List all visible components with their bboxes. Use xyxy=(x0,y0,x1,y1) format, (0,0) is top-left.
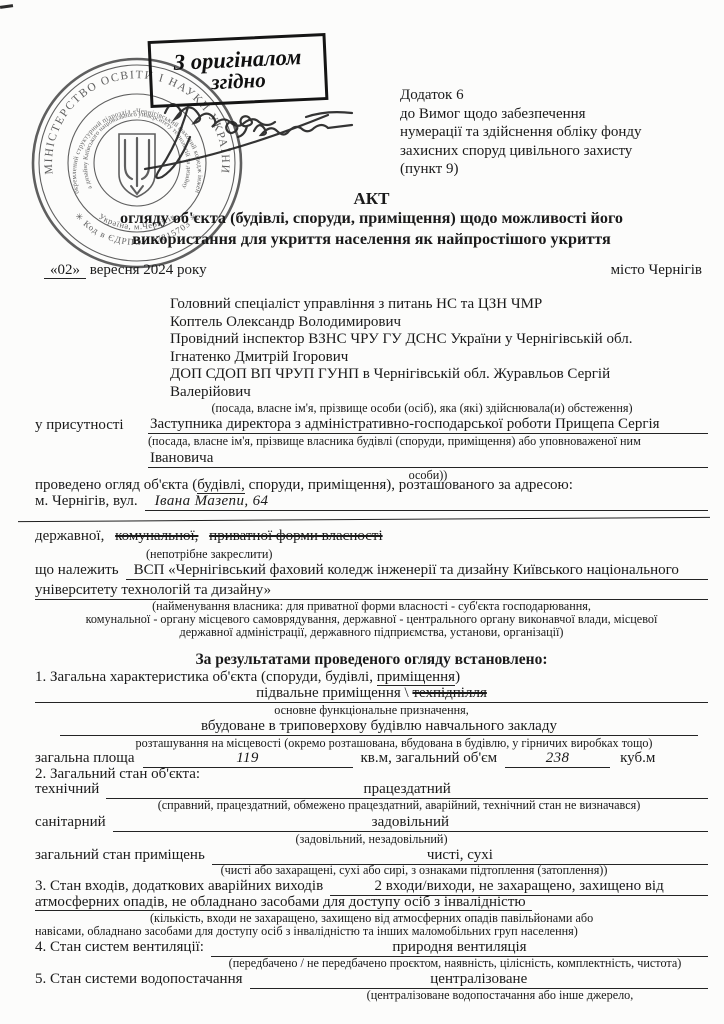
belongs-value-1: ВСП «Чернігівський фаховий коледж інжене… xyxy=(134,562,679,578)
item1-post: ) xyxy=(455,669,460,685)
belongs-line-1: що належить ВСП «Чернігівський фаховий к… xyxy=(35,561,708,580)
inspector-line: Коптель Олександр Володимирович xyxy=(170,314,632,332)
item3-value-2: атмосферних опадів, не обладнано засобам… xyxy=(35,894,532,911)
date-rest: вересня 2024 року xyxy=(90,262,207,278)
owner-caption-line: державної адміністрації, державного підп… xyxy=(35,625,708,640)
tech-label: технічний xyxy=(35,780,99,798)
appendix-line: Додаток 6 xyxy=(400,86,642,105)
date-day: «02» xyxy=(44,262,86,279)
blank-line-rule xyxy=(18,517,710,522)
presence-value-2: Івановича xyxy=(148,449,708,468)
inspector-line: Головний спеціаліст управління з питань … xyxy=(170,296,632,314)
signature-flourish xyxy=(156,107,190,178)
tech-caption: (справний, працездатний, обмежено працез… xyxy=(90,798,708,813)
item4-line: 4. Стан систем вентиляції: природня вент… xyxy=(35,938,708,957)
presence-label: у присутності xyxy=(35,416,124,434)
ownership-private-struck: приватної форми власності xyxy=(209,528,382,544)
item3-caption-2: навісами, обладнано засобами для доступу… xyxy=(35,924,708,939)
address-label: м. Чернігів, вул. xyxy=(35,492,138,510)
inspector-line: Валерійович xyxy=(170,384,632,402)
signature-2-name xyxy=(254,125,352,135)
scanned-act-document: МІНІСТЕРСТВО ОСВІТИ І НАУКИ УКРАЇНИ ✳ Ко… xyxy=(0,0,724,1024)
act-title: АКТ xyxy=(35,189,708,210)
inspector-line: Провідний інспектор ВЗНС ЧРУ ГУ ДСНС Укр… xyxy=(170,331,632,349)
city-label: місто Чернігів xyxy=(611,262,702,279)
item5-caption: (централізоване водопостачання або інше … xyxy=(300,988,700,1003)
item1-pre: 1. Загальна характеристика об'єкта (спор… xyxy=(35,669,377,685)
inspector-line: Ігнатенко Дмитрій Ігорович xyxy=(170,349,632,367)
item5-label: 5. Стан системи водопостачання xyxy=(35,970,243,988)
address-value: Івана Мазепи, 64 xyxy=(155,493,269,509)
scan-corner-mark xyxy=(0,4,13,8)
appendix-note: Додаток 6 до Вимог щодо забезпечення нум… xyxy=(400,86,642,179)
sanitary-state-line: санітарний задовільний xyxy=(35,813,708,832)
item4-caption: (передбачено / не передбачено проєктом, … xyxy=(200,956,710,971)
rooms-label: загальний стан приміщень xyxy=(35,846,205,864)
inspector-line: ДОП СДОП ВП ЧРУП ГУНП в Чернігівській об… xyxy=(170,366,632,384)
inspectors-caption: (посада, власне ім'я, прізвище особи (ос… xyxy=(160,401,684,416)
purpose-value-line: підвальне приміщення \ техпідпілля xyxy=(35,684,708,703)
object-intro-post: споруди, приміщення), розташованого за а… xyxy=(245,477,573,493)
item4-label: 4. Стан систем вентиляції: xyxy=(35,938,204,956)
presence-caption-1: (посада, власне ім'я, прізвище власника … xyxy=(148,434,708,449)
ownership-line: державної, комунальної, приватної форми … xyxy=(35,527,708,545)
item5-line: 5. Стан системи водопостачання централіз… xyxy=(35,970,708,989)
sanitary-caption: (задовільний, незадовільний) xyxy=(35,832,708,847)
ownership-state: державної, xyxy=(35,528,104,544)
object-intro-pre: проведено огляд об'єкта ( xyxy=(35,477,197,493)
act-subtitle-1: огляду об'єкта (будівлі, споруди, приміщ… xyxy=(35,209,708,229)
item4-value: природня вентиляція xyxy=(211,938,708,957)
appendix-line: нумерації та здійснення обліку фонду xyxy=(400,123,642,142)
signature-scribble-1 xyxy=(165,104,275,127)
tech-value: працездатний xyxy=(106,780,708,799)
purpose-main: підвальне приміщення \ xyxy=(256,685,412,701)
object-address-line: м. Чернігів, вул. Івана Мазепи, 64 xyxy=(35,492,708,511)
purpose-struck: техпідпілля xyxy=(412,685,486,701)
item3-line-2: атмосферних опадів, не обладнано засобам… xyxy=(35,893,708,911)
rooms-caption: (чисті або захаращені, сухі або сирі, з … xyxy=(120,863,708,878)
appendix-line: (пункт 9) xyxy=(400,160,642,179)
tech-state-line: технічний працездатний xyxy=(35,780,708,799)
sanitary-label: санітарний xyxy=(35,813,106,831)
location-value-line: вбудоване в триповерхову будівлю навчаль… xyxy=(60,717,698,736)
date-line: «02» вересня 2024 року xyxy=(44,261,708,279)
belongs-label: що належить xyxy=(35,561,119,579)
presence-value: Заступника директора з адміністративно-г… xyxy=(148,415,708,434)
inspectors-block: Головний спеціаліст управління з питань … xyxy=(170,296,632,402)
ownership-communal-struck: комунальної, xyxy=(115,528,198,544)
handwritten-signatures xyxy=(110,75,395,200)
ownership-caption: (непотрібне закреслити) xyxy=(146,547,708,562)
appendix-line: до Вимог щодо забезпечення xyxy=(400,105,642,124)
belongs-line-2: університету технологій та дизайну» xyxy=(35,581,708,600)
item5-value: централізоване xyxy=(250,970,709,989)
act-subtitle-2: використання для укриття населення як на… xyxy=(35,230,708,250)
appendix-line: захисних споруд цивільного захисту xyxy=(400,142,642,161)
purpose-caption: основне функціональне призначення, xyxy=(35,703,708,718)
sanitary-value: задовільний xyxy=(113,813,708,832)
